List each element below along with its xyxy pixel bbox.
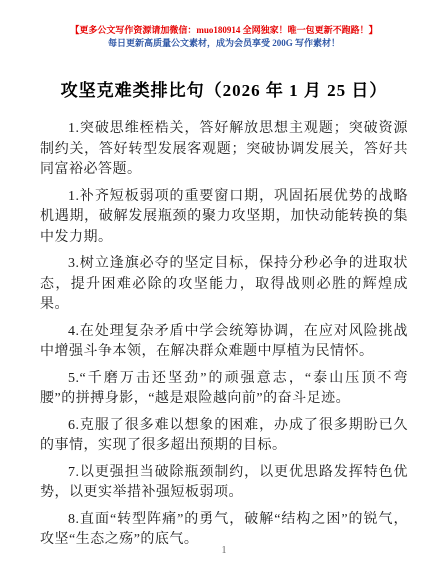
paragraph: 5.“千磨万击还坚劲”的顽强意志，“泰山压顶不弯腰”的拼搏身影，“越是艰险越向前… <box>40 369 408 410</box>
paragraph: 4.在处理复杂矛盾中学会统筹协调，在应对风险挑战中增强斗争本领，在解决群众难题中… <box>40 322 408 363</box>
paragraph: 1.补齐短板弱项的重要窗口期，巩固拓展优势的战略机遇期，破解发展瓶颈的聚力攻坚期… <box>40 187 408 249</box>
paragraph: 6.克服了很多难以想象的困难，办成了很多期盼已久的事情，实现了很多超出预期的目标… <box>40 416 408 457</box>
page-title: 攻坚克难类排比句（2026 年 1 月 25 日） <box>0 76 448 101</box>
document-page: 【更多公文写作资源请加微信：muo180914 全网独家！唯一包更新不跑路！】 … <box>0 0 448 580</box>
paragraph: 7.以更强担当破除瓶颈制约，以更优思路发挥特色优势，以更实举措补强短板弱项。 <box>40 463 408 504</box>
promo-header-line1: 【更多公文写作资源请加微信：muo180914 全网独家！唯一包更新不跑路！】 <box>0 24 448 37</box>
promo-header-line2: 每日更新高质量公文素材，成为会员享受 200G 写作素材！ <box>0 37 448 50</box>
promo-header: 【更多公文写作资源请加微信：muo180914 全网独家！唯一包更新不跑路！】 … <box>0 0 448 50</box>
page-number: 1 <box>0 545 448 556</box>
document-body: 1.突破思维桎梏关，答好解放思想主观题；突破资源制约关，答好转型发展客观题；突破… <box>0 109 448 551</box>
paragraph: 1.突破思维桎梏关，答好解放思想主观题；突破资源制约关，答好转型发展客观题；突破… <box>40 119 408 181</box>
paragraph: 3.树立逢旗必夺的坚定目标，保持分秒必争的进取状态，提升困难必除的攻坚能力，取得… <box>40 254 408 316</box>
